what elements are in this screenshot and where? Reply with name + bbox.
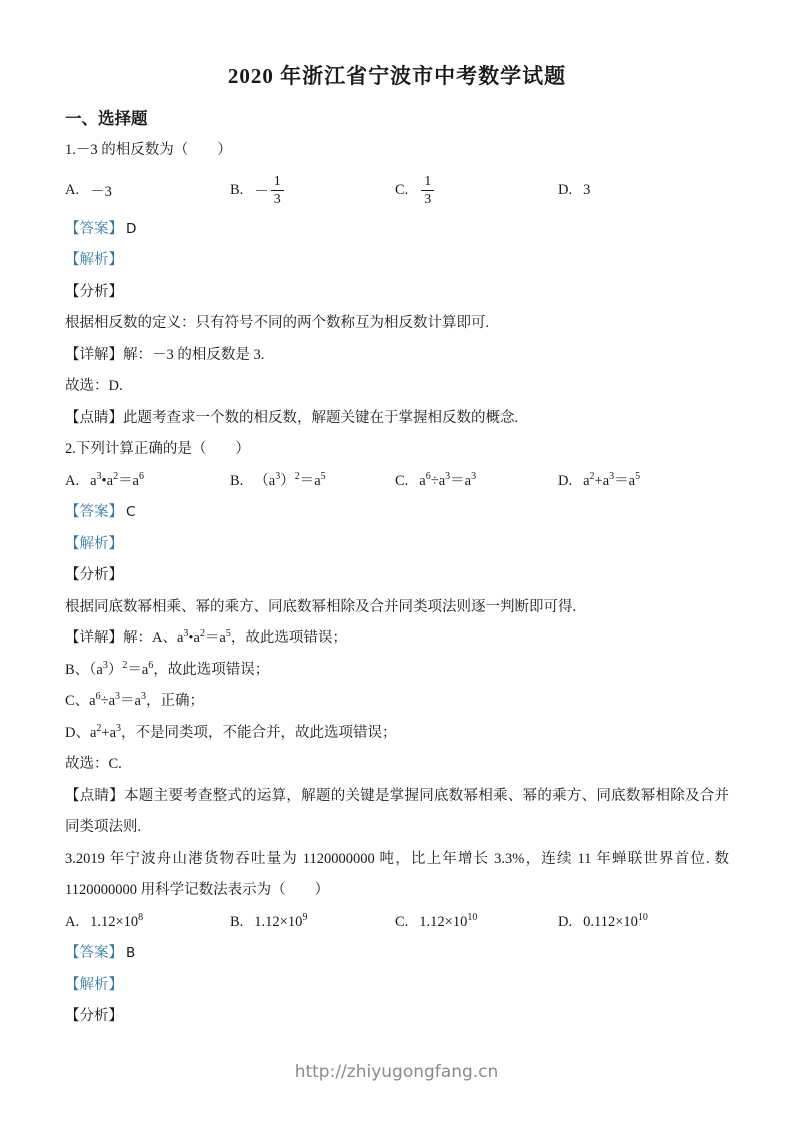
q2-choose: 故选：C.	[65, 749, 729, 781]
q2-detail-c: C、a6÷a3＝a3，正确；	[65, 686, 729, 718]
watermark-url: http://zhiyugongfang.cn	[0, 1062, 793, 1082]
q2-detail-d: D、a2+a3，不是同类项，不能合并，故此选项错误；	[65, 718, 729, 750]
page-title: 2020 年浙江省宁波市中考数学试题	[65, 62, 729, 90]
q3-option-d-value: 0.112×1010	[583, 914, 648, 930]
q2-option-b: B.（a3）2＝a5	[230, 466, 395, 498]
answer-label: 【答案】	[65, 945, 123, 961]
q2-jiexi-label: 【解析】	[65, 529, 729, 561]
q1-option-b-label: B.	[230, 182, 243, 199]
q2-option-b-value: （a3）2＝a5	[254, 473, 325, 489]
q2-note: 【点睛】本题主要考查整式的运算，解题的关键是掌握同底数幂相乘、幂的乘方、同底数幂…	[65, 781, 729, 844]
q1-choose: 故选：D.	[65, 371, 729, 403]
fraction-denominator: 3	[271, 190, 284, 208]
q3-fenxi-label: 【分析】	[65, 1001, 729, 1033]
q2-option-a: A.a3•a2＝a6	[65, 466, 230, 498]
q3-option-d: D.0.112×1010	[558, 907, 729, 939]
q1-option-c-label: C.	[395, 182, 408, 199]
q3-option-c: C.1.12×1010	[395, 907, 558, 939]
q3-option-d-label: D.	[558, 914, 572, 930]
q2-option-c: C.a6÷a3＝a3	[395, 466, 558, 498]
q1-note: 【点睛】此题考查求一个数的相反数，解题关键在于掌握相反数的概念.	[65, 403, 729, 435]
q3-option-c-label: C.	[395, 914, 408, 930]
q1-detail: 【详解】解：－3 的相反数是 3.	[65, 340, 729, 372]
q1-option-c-value: 13	[419, 173, 434, 208]
q2-detail-a: 【详解】解：A、a3•a2＝a5，故此选项错误；	[65, 623, 729, 655]
q2-option-d-label: D.	[558, 473, 572, 489]
jiexi-label: 【解析】	[65, 252, 123, 268]
q2-option-c-value: a6÷a3＝a3	[419, 473, 476, 489]
exam-document-page: { "title": "2020 年浙江省宁波市中考数学试题", "sectio…	[0, 0, 793, 1122]
q1-option-d-label: D.	[558, 182, 572, 199]
q2-analysis: 根据同底数幂相乘、幂的乘方、同底数幂相除及合并同类项法则逐一判断即可得.	[65, 592, 729, 624]
q3-stem: 3.2019 年宁波舟山港货物吞吐量为 1120000000 吨，比上年增长 3…	[65, 844, 729, 907]
q1-option-b: B. －13	[230, 173, 395, 208]
q2-option-a-value: a3•a2＝a6	[90, 473, 144, 489]
jiexi-label: 【解析】	[65, 536, 123, 552]
q1-option-a-value: －3	[90, 180, 112, 201]
q1-answer-letter: D	[126, 221, 136, 237]
q2-option-a-label: A.	[65, 473, 79, 489]
q3-option-a: A.1.12×108	[65, 907, 230, 939]
q3-answer-letter: B	[126, 945, 135, 961]
q2-option-c-label: C.	[395, 473, 408, 489]
fraction: 13	[271, 173, 284, 208]
q1-jiexi-label: 【解析】	[65, 245, 729, 277]
q2-option-b-label: B.	[230, 473, 243, 489]
fraction-numerator: 1	[271, 173, 284, 190]
q3-option-a-value: 1.12×108	[90, 914, 143, 930]
q1-option-c: C. 13	[395, 173, 558, 208]
answer-label: 【答案】	[65, 221, 123, 237]
q1-option-b-value: －13	[254, 173, 284, 208]
q1-option-d: D. 3	[558, 182, 729, 199]
document-body: 2020 年浙江省宁波市中考数学试题 一、选择题 1.－3 的相反数为（ ） A…	[0, 0, 793, 1033]
q2-stem: 2.下列计算正确的是（ ）	[65, 434, 729, 466]
q1-option-a-label: A.	[65, 182, 79, 199]
q1-stem: 1.－3 的相反数为（ ）	[65, 135, 729, 167]
q3-option-a-label: A.	[65, 914, 79, 930]
q2-answer-line: 【答案】C	[65, 497, 729, 529]
q3-option-b: B.1.12×109	[230, 907, 395, 939]
q2-answer-letter: C	[126, 504, 135, 520]
q2-option-d: D.a2+a3＝a5	[558, 466, 729, 498]
q3-jiexi-label: 【解析】	[65, 970, 729, 1002]
q2-fenxi-label: 【分析】	[65, 560, 729, 592]
q1-option-a: A. －3	[65, 180, 230, 201]
fraction-numerator: 1	[421, 173, 434, 190]
q1-options-row: A. －3 B. －13 C. 13 D. 3	[65, 167, 729, 214]
q3-option-b-label: B.	[230, 914, 243, 930]
q1-analysis: 根据相反数的定义：只有符号不同的两个数称互为相反数计算即可.	[65, 308, 729, 340]
q3-options-row: A.1.12×108 B.1.12×109 C.1.12×1010 D.0.11…	[65, 907, 729, 939]
q2-options-row: A.a3•a2＝a6 B.（a3）2＝a5 C.a6÷a3＝a3 D.a2+a3…	[65, 466, 729, 498]
section-heading: 一、选择题	[65, 103, 729, 135]
q2-option-d-value: a2+a3＝a5	[583, 473, 640, 489]
q1-option-d-value: 3	[583, 182, 590, 199]
q3-option-c-value: 1.12×1010	[419, 914, 477, 930]
q1-option-b-sign: －	[254, 180, 269, 201]
fraction-denominator: 3	[421, 190, 434, 208]
fraction: 13	[421, 173, 434, 208]
q3-answer-line: 【答案】B	[65, 938, 729, 970]
q2-detail-b: B、（a3）2＝a6，故此选项错误；	[65, 655, 729, 687]
answer-label: 【答案】	[65, 504, 123, 520]
q3-option-b-value: 1.12×109	[254, 914, 307, 930]
q1-fenxi-label: 【分析】	[65, 277, 729, 309]
jiexi-label: 【解析】	[65, 977, 123, 993]
q1-answer-line: 【答案】D	[65, 214, 729, 246]
